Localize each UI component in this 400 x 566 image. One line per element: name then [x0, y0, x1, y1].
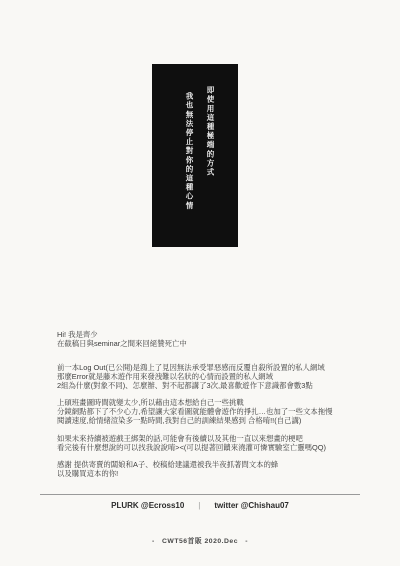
edition-note: - CWT56首販 2020.Dec - [0, 535, 400, 545]
text-line: 上碩班畫圖時間就變太少,所以藉由這本想給自己一些挑戰 [57, 398, 367, 407]
cover-quote-vertical-text: 即使用這種極端的方式 我也無法停止對你的這種心情 [177, 86, 221, 236]
process-paragraph: 上碩班畫圖時間就變太少,所以藉由這本想給自己一些挑戰 分鏡網點都下了不少心力,希… [57, 398, 367, 425]
text-line: 看完後有什麼想說的可以找我說說唷><(可以提著回饋來澆灌可憐實驗室亡靈嗎QQ) [57, 443, 367, 452]
separator: | [198, 501, 200, 510]
cover-quote-line: 我也無法停止對你的這種心情 [179, 86, 200, 236]
text-line: 那麼Error就是藤木遊作用來發洩難以名狀的心情而設置的私人網域 [57, 372, 367, 381]
text-line: 感謝 提供寄賣的闆娘和A子、校稿給建議還被我半夜抓著問文本的蜂 [57, 460, 367, 469]
thanks-paragraph: 感謝 提供寄賣的闆娘和A子、校稿給建議還被我半夜抓著問文本的蜂 以及購買這本的你… [57, 460, 367, 478]
text-line: Hi! 我是齊少 [57, 330, 367, 339]
future-plans-paragraph: 如果未來持續被遊戲王綁架的話,可能會有後續以及其他一直以來想畫的梗吧 看完後有什… [57, 434, 367, 452]
backstory-paragraph: 前一本Log Out(已公開)是鴻上了見因無法承受罪惡感而反覆自殺所設置的私人網… [57, 363, 367, 390]
text-line: 前一本Log Out(已公開)是鴻上了見因無法承受罪惡感而反覆自殺所設置的私人網… [57, 363, 367, 372]
greeting-paragraph: Hi! 我是齊少 在截稿日與seminar之間來回絕贊死亡中 [57, 330, 367, 348]
text-line: 閱讀速度,給情緒渲染多一點時間,我對自己的訓練結果感到 合格唷!!(自己講) [57, 416, 367, 425]
afterword-page: 即使用這種極端的方式 我也無法停止對你的這種心情 Hi! 我是齊少 在截稿日與s… [0, 0, 400, 566]
plurk-handle: PLURK @Ecross10 [111, 501, 184, 510]
cover-quote-line: 即使用這種極端的方式 [200, 86, 221, 236]
footer-divider [40, 494, 360, 495]
text-line: 2組為什麼(對象不同)、怎麼辦、對不起都講了3次,最喜歡遊作下意識都會數3點 [57, 381, 367, 390]
twitter-handle: twitter @Chishau07 [214, 501, 288, 510]
social-links: PLURK @Ecross10|twitter @Chishau07 [0, 501, 400, 510]
text-line: 在截稿日與seminar之間來回絕贊死亡中 [57, 339, 367, 348]
text-line: 以及購買這本的你! [57, 469, 367, 478]
text-line: 分鏡網點都下了不少心力,希望讓大家看圖就能體會遊作的掙扎…也加了一些文本拖慢 [57, 407, 367, 416]
text-line: 如果未來持續被遊戲王綁架的話,可能會有後續以及其他一直以來想畫的梗吧 [57, 434, 367, 443]
